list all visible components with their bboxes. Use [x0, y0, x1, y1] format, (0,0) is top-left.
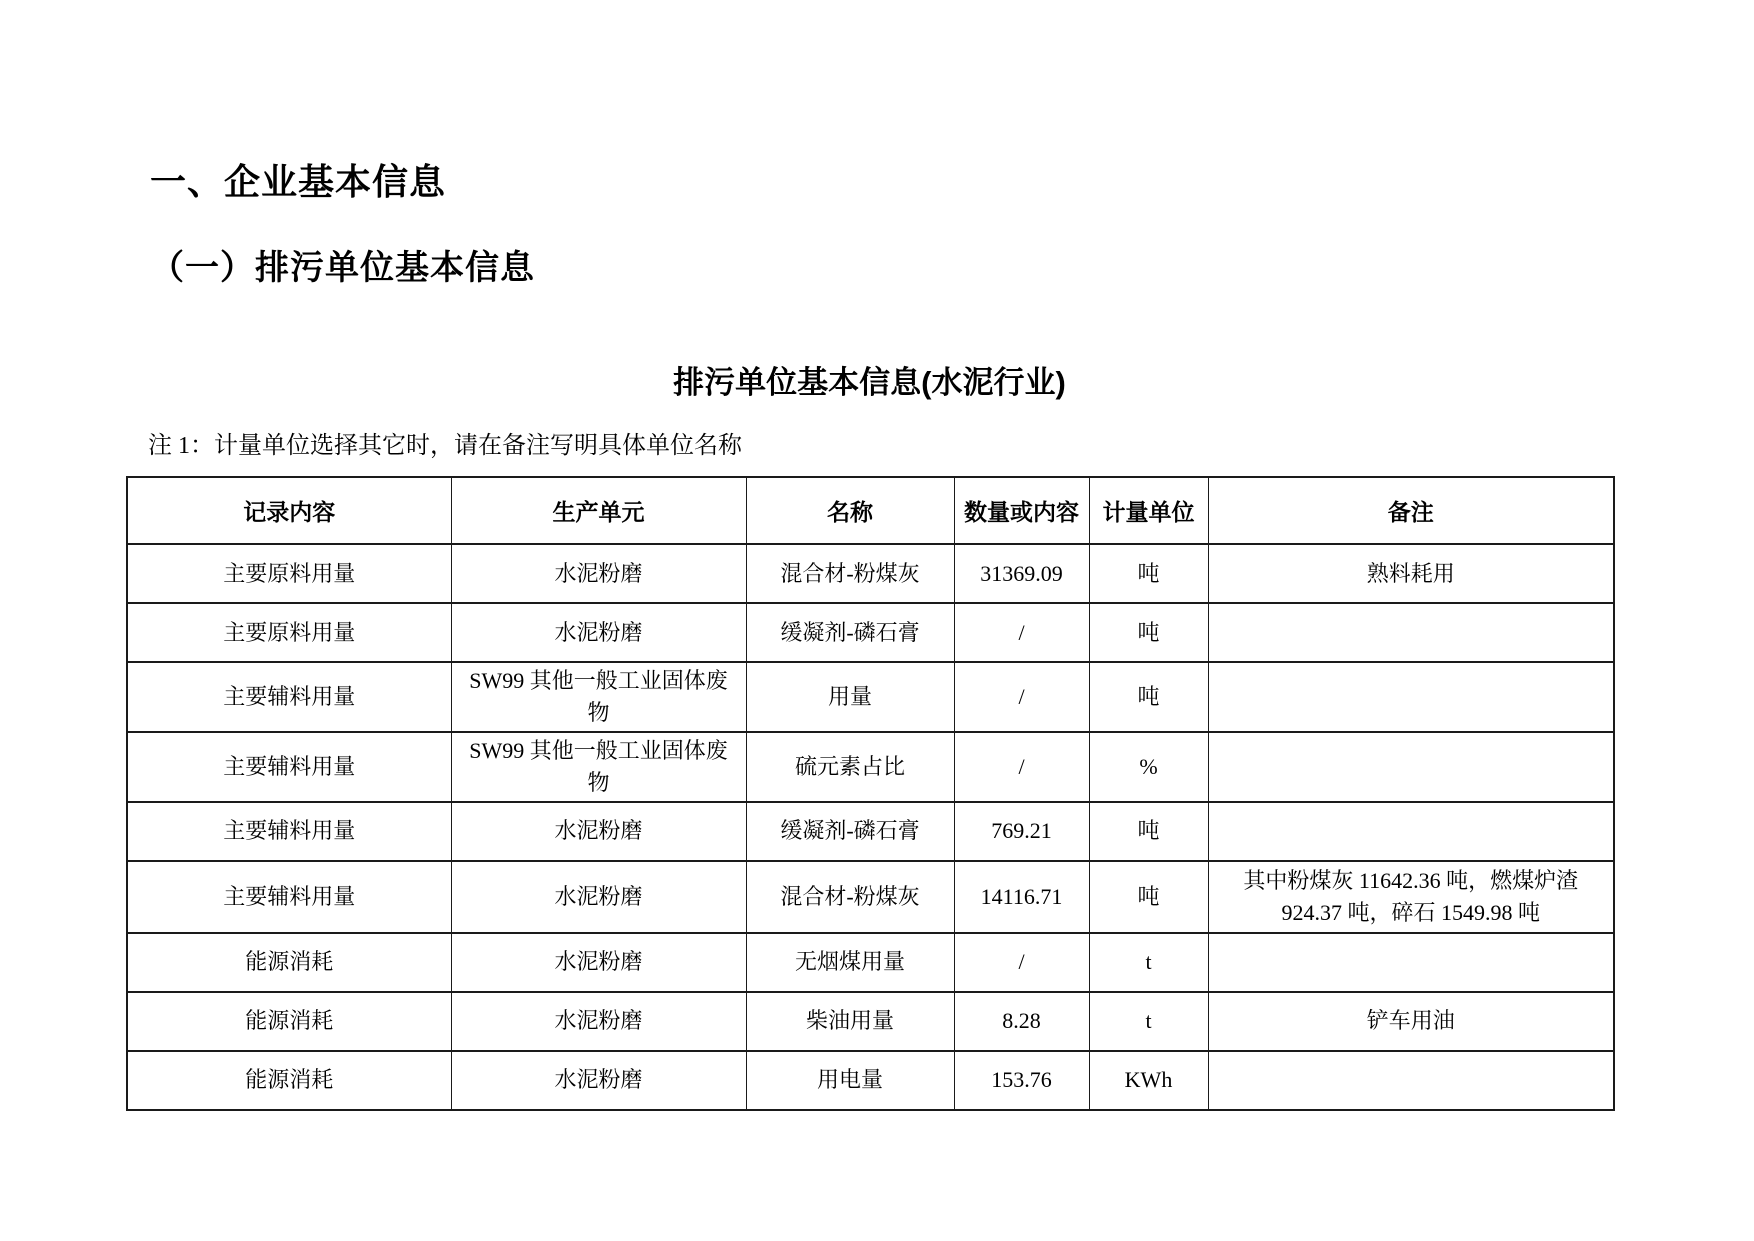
column-header: 计量单位 [1089, 477, 1208, 544]
table-cell: 硫元素占比 [746, 732, 954, 802]
subsection-heading: （一）排污单位基本信息 [150, 248, 535, 289]
table-cell: 缓凝剂-磷石膏 [746, 802, 954, 861]
table-cell: 769.21 [954, 802, 1089, 861]
table-cell: KWh [1089, 1051, 1208, 1110]
table-cell: % [1089, 732, 1208, 802]
table-cell: 混合材-粉煤灰 [746, 544, 954, 603]
table-cell: 主要辅料用量 [127, 861, 451, 933]
column-header: 数量或内容 [954, 477, 1089, 544]
table-cell: 混合材-粉煤灰 [746, 861, 954, 933]
table-cell: 153.76 [954, 1051, 1089, 1110]
table-cell: t [1089, 933, 1208, 992]
table-cell: 吨 [1089, 802, 1208, 861]
table-cell: 31369.09 [954, 544, 1089, 603]
table-cell [1208, 802, 1614, 861]
table-cell: 缓凝剂-磷石膏 [746, 603, 954, 662]
table-cell: 能源消耗 [127, 992, 451, 1051]
section-heading: 一、企业基本信息 [150, 160, 446, 203]
table-cell: 水泥粉磨 [451, 933, 746, 992]
table-cell [1208, 662, 1614, 732]
table-cell: 熟料耗用 [1208, 544, 1614, 603]
basic-info-table: 记录内容生产单元名称数量或内容计量单位备注 主要原料用量水泥粉磨混合材-粉煤灰3… [126, 476, 1615, 1111]
table-cell: 主要原料用量 [127, 544, 451, 603]
table-cell [1208, 933, 1614, 992]
table-cell: 用电量 [746, 1051, 954, 1110]
column-header: 记录内容 [127, 477, 451, 544]
table-cell: t [1089, 992, 1208, 1051]
table-cell: 能源消耗 [127, 933, 451, 992]
table-cell: 水泥粉磨 [451, 992, 746, 1051]
table-note: 注 1：计量单位选择其它时，请在备注写明具体单位名称 [148, 432, 742, 461]
table-cell: / [954, 603, 1089, 662]
column-header: 备注 [1208, 477, 1614, 544]
table-cell [1208, 732, 1614, 802]
column-header: 名称 [746, 477, 954, 544]
table-cell [1208, 603, 1614, 662]
table-row: 主要辅料用量水泥粉磨混合材-粉煤灰14116.71吨其中粉煤灰 11642.36… [127, 861, 1614, 933]
table-cell: 水泥粉磨 [451, 861, 746, 933]
table-cell: 吨 [1089, 662, 1208, 732]
table-cell: 能源消耗 [127, 1051, 451, 1110]
table-cell: 水泥粉磨 [451, 603, 746, 662]
column-header: 生产单元 [451, 477, 746, 544]
table-row: 主要原料用量水泥粉磨缓凝剂-磷石膏/吨 [127, 603, 1614, 662]
table-cell: / [954, 662, 1089, 732]
table-cell: 吨 [1089, 861, 1208, 933]
table-cell: SW99 其他一般工业固体废物 [451, 662, 746, 732]
document-page: 一、企业基本信息 （一）排污单位基本信息 排污单位基本信息(水泥行业) 注 1：… [0, 0, 1754, 1241]
table-header-row: 记录内容生产单元名称数量或内容计量单位备注 [127, 477, 1614, 544]
table-cell: 柴油用量 [746, 992, 954, 1051]
table-cell: 铲车用油 [1208, 992, 1614, 1051]
table-cell: 14116.71 [954, 861, 1089, 933]
table-body: 主要原料用量水泥粉磨混合材-粉煤灰31369.09吨熟料耗用主要原料用量水泥粉磨… [127, 544, 1614, 1110]
table-cell: 水泥粉磨 [451, 1051, 746, 1110]
table-cell: 主要辅料用量 [127, 732, 451, 802]
table-cell [1208, 1051, 1614, 1110]
table-row: 能源消耗水泥粉磨柴油用量8.28t铲车用油 [127, 992, 1614, 1051]
table-cell: 水泥粉磨 [451, 544, 746, 603]
table-title: 排污单位基本信息(水泥行业) [126, 364, 1613, 401]
table-cell: 用量 [746, 662, 954, 732]
table-row: 记录内容生产单元名称数量或内容计量单位备注 [127, 477, 1614, 544]
table-row: 主要辅料用量SW99 其他一般工业固体废物硫元素占比/% [127, 732, 1614, 802]
table-row: 能源消耗水泥粉磨用电量153.76KWh [127, 1051, 1614, 1110]
table-cell: 其中粉煤灰 11642.36 吨，燃煤炉渣 924.37 吨，碎石 1549.9… [1208, 861, 1614, 933]
table-cell: / [954, 933, 1089, 992]
table-row: 主要辅料用量水泥粉磨缓凝剂-磷石膏769.21吨 [127, 802, 1614, 861]
table-row: 能源消耗水泥粉磨无烟煤用量/t [127, 933, 1614, 992]
table-cell: 吨 [1089, 603, 1208, 662]
table-cell: 8.28 [954, 992, 1089, 1051]
table-cell: 无烟煤用量 [746, 933, 954, 992]
table-cell: / [954, 732, 1089, 802]
table-row: 主要原料用量水泥粉磨混合材-粉煤灰31369.09吨熟料耗用 [127, 544, 1614, 603]
table-cell: 主要辅料用量 [127, 662, 451, 732]
table-cell: SW99 其他一般工业固体废物 [451, 732, 746, 802]
table-cell: 吨 [1089, 544, 1208, 603]
table-cell: 水泥粉磨 [451, 802, 746, 861]
table-cell: 主要原料用量 [127, 603, 451, 662]
table-row: 主要辅料用量SW99 其他一般工业固体废物用量/吨 [127, 662, 1614, 732]
table-cell: 主要辅料用量 [127, 802, 451, 861]
